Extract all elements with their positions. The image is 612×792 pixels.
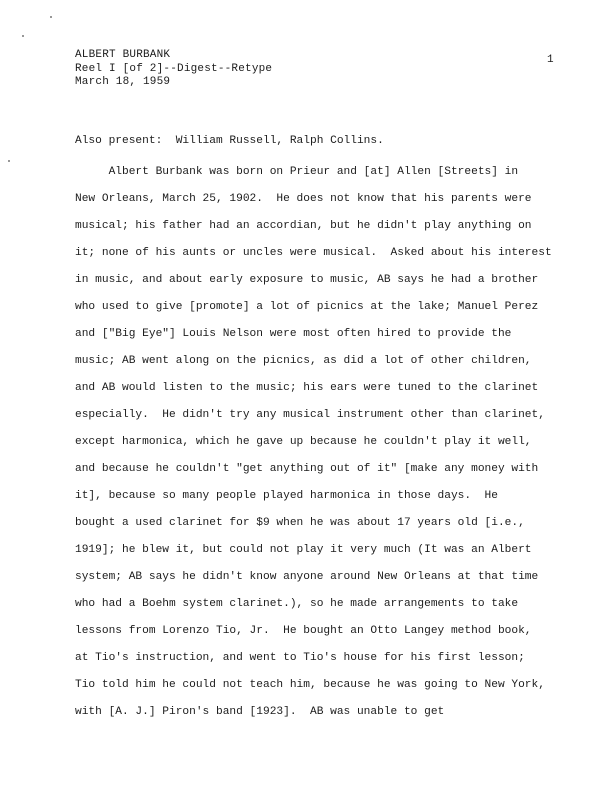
body-line: and because he couldn't "get anything ou… xyxy=(75,456,585,483)
body-line: 1919]; he blew it, but could not play it… xyxy=(75,537,585,564)
body-line: Tio told him he could not teach him, bec… xyxy=(75,672,585,699)
body-line: Albert Burbank was born on Prieur and [a… xyxy=(75,159,585,186)
body-line: who had a Boehm system clarinet.), so he… xyxy=(75,591,585,618)
body-line: except harmonica, which he gave up becau… xyxy=(75,429,585,456)
scan-speck xyxy=(50,16,52,18)
body-line: at Tio's instruction, and went to Tio's … xyxy=(75,645,585,672)
document-page: ALBERT BURBANK Reel I [of 2]--Digest--Re… xyxy=(0,0,612,792)
body-line: with [A. J.] Piron's band [1923]. AB was… xyxy=(75,699,585,726)
body-line: and ["Big Eye"] Louis Nelson were most o… xyxy=(75,321,585,348)
body-line: and AB would listen to the music; his ea… xyxy=(75,375,585,402)
body-line: it; none of his aunts or uncles were mus… xyxy=(75,240,585,267)
body-line: bought a used clarinet for $9 when he wa… xyxy=(75,510,585,537)
body-line: lessons from Lorenzo Tio, Jr. He bought … xyxy=(75,618,585,645)
body-line: in music, and about early exposure to mu… xyxy=(75,267,585,294)
body-line: New Orleans, March 25, 1902. He does not… xyxy=(75,186,585,213)
also-present-line: Also present: William Russell, Ralph Col… xyxy=(75,135,384,147)
reel-info: Reel I [of 2]--Digest--Retype xyxy=(75,63,272,77)
interview-date: March 18, 1959 xyxy=(75,76,272,90)
page-number: 1 xyxy=(547,54,554,66)
body-line: music; AB went along on the picnics, as … xyxy=(75,348,585,375)
interviewee-name: ALBERT BURBANK xyxy=(75,49,272,63)
body-line: it], because so many people played harmo… xyxy=(75,483,585,510)
scan-speck xyxy=(22,35,24,37)
body-line: system; AB says he didn't know anyone ar… xyxy=(75,564,585,591)
body-line: musical; his father had an accordian, bu… xyxy=(75,213,585,240)
body-text: Albert Burbank was born on Prieur and [a… xyxy=(75,159,585,726)
scan-speck xyxy=(8,160,10,162)
body-line: who used to give [promote] a lot of picn… xyxy=(75,294,585,321)
body-line: especially. He didn't try any musical in… xyxy=(75,402,585,429)
document-header: ALBERT BURBANK Reel I [of 2]--Digest--Re… xyxy=(75,49,272,90)
